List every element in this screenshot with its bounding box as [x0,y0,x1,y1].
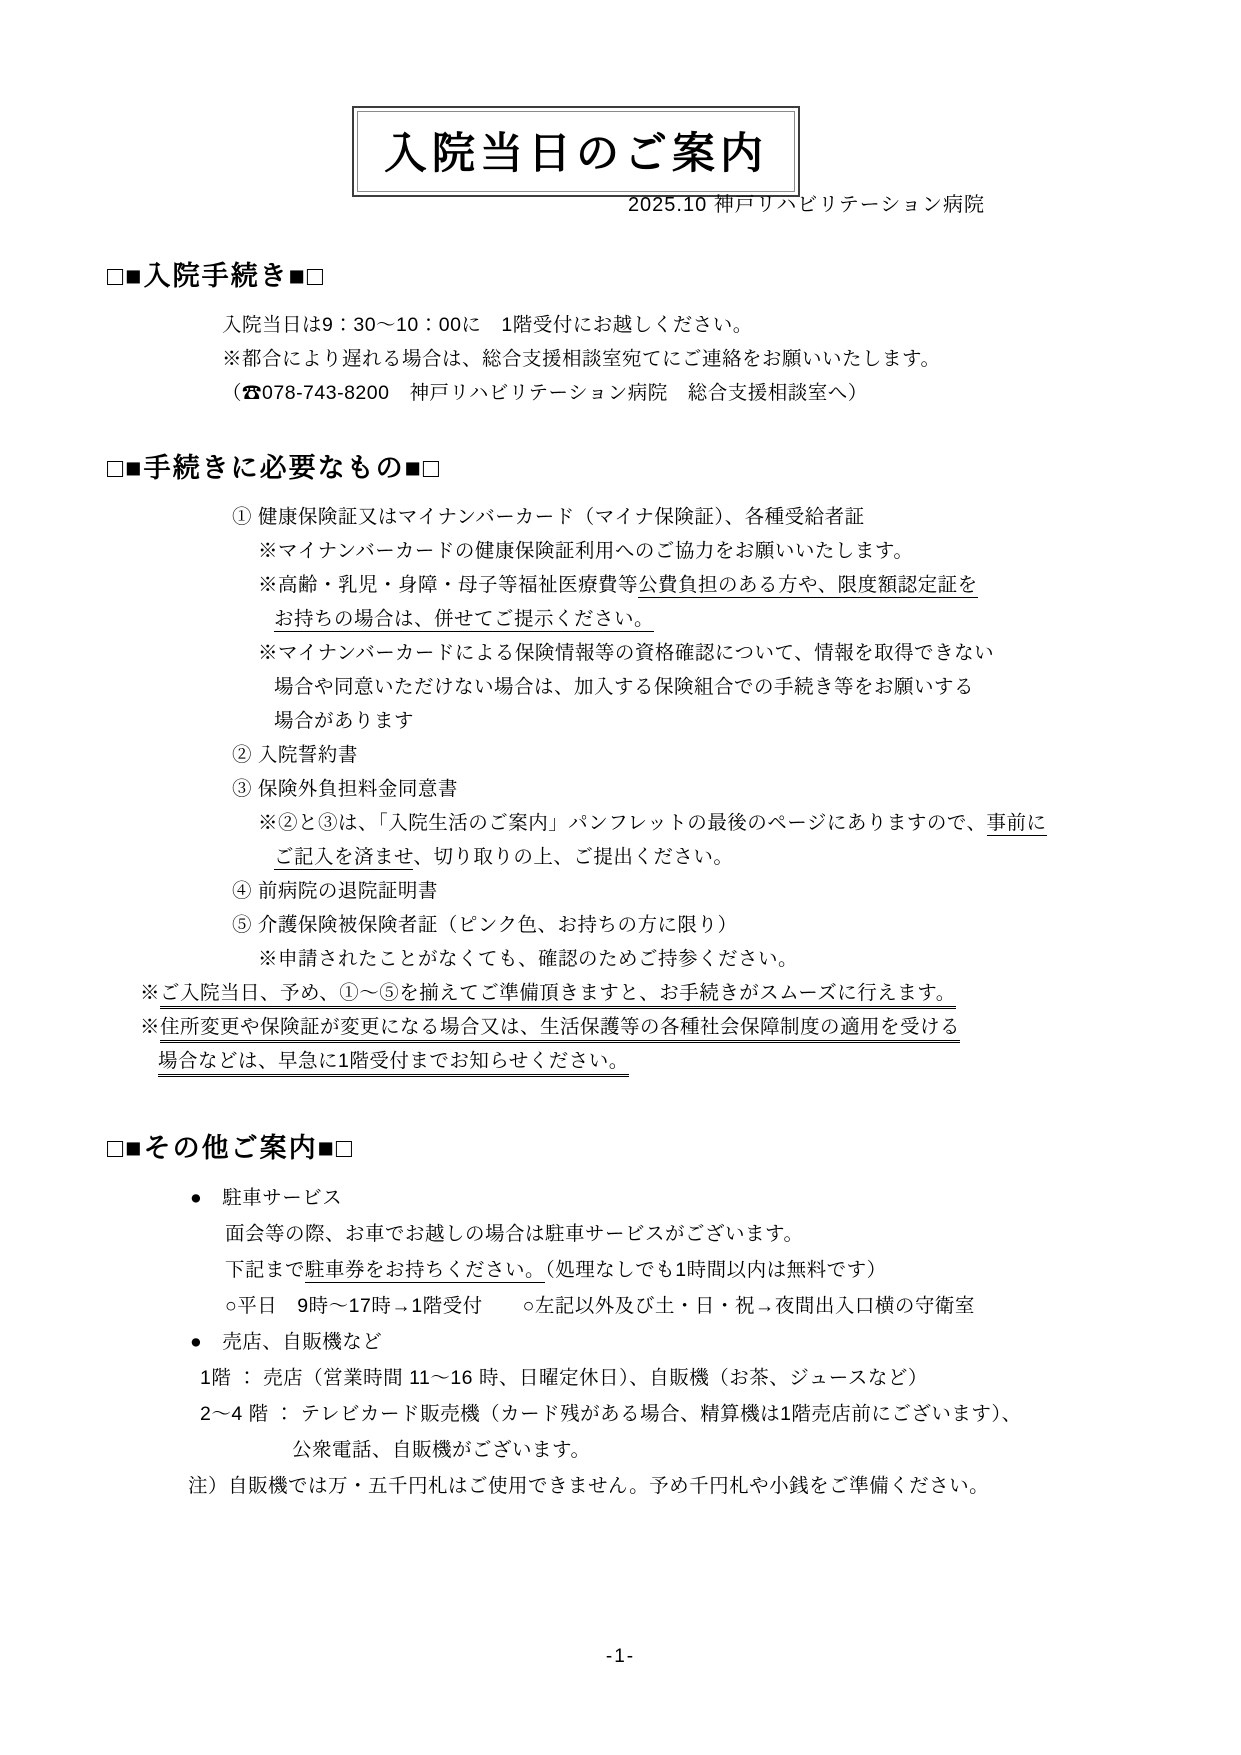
text-run: ③ 保険外負担料金同意書 [232,778,458,800]
text-run: ご入院当日、予め、①～⑤を揃えてご準備頂きますと、お手続きがスムーズに行えます。 [160,982,956,1009]
line-floor2-4-tvcard: 2～4 階 ： テレビカード販売機（カード残がある場合、精算機は1階売店前にござ… [200,1396,1241,1432]
line-phone-contact: （☎078-743-8200 神戸リハビリテーション病院 総合支援相談室へ） [222,376,1241,410]
section-heading-admission-procedure: □■入院手続き■□ [107,258,1241,294]
text-run: 078-743-8200 神戸リハビリテーション病院 総合支援相談室へ） [262,382,868,404]
text-run: 公衆電話、自販機がございます。 [292,1439,590,1461]
phone-icon: ☎ [242,382,262,404]
text-run: 、切り取りの上、ご提出ください。 [413,846,733,868]
text-run: ※ [140,1016,160,1038]
text-run: 面会等の際、お車でお越しの場合は駐車サービスがございます。 [225,1223,803,1245]
text-run: 事前に [987,812,1047,836]
text-run: （ [222,382,242,404]
bullet-shop-vending: ● 売店、自販機など [190,1324,1241,1360]
note-mynumber-cooperation: ※マイナンバーカードの健康保険証利用へのご協力をお願いいたします。 [258,534,1241,568]
item-4-discharge-certificate: ④ 前病院の退院証明書 [232,874,1241,908]
date-and-hospital-name: 2025.10 神戸リハビリテーション病院 [628,188,985,217]
text-run: 場合などは、早急に1階受付までお知らせください。 [158,1050,629,1077]
line-floor2-4-phone: 公衆電話、自販機がございます。 [292,1432,1241,1468]
text-run: 住所変更や保険証が変更になる場合又は、生活保護等の各種社会保障制度の適用を受ける [160,1016,960,1043]
note-bring-for-confirmation: ※申請されたことがなくても、確認のためご持参ください。 [258,942,1241,976]
bullet-icon: ● [190,1187,202,1209]
bullet-parking-service: ● 駐車サービス [190,1180,1241,1216]
text-run: ⑤ 介護保険被保険者証（ピンク色、お持ちの方に限り） [232,914,738,936]
text-run: ○平日 9時～17時→1階受付 ○左記以外及び土・日・祝→夜間出入口横の守衛室 [225,1295,975,1317]
text-run: ご記入を済ませ [274,846,413,870]
text-run: 駐車サービス [202,1187,342,1209]
note-public-expense-2: お持ちの場合は、併せてご提示ください。 [274,602,1241,636]
title-box-inner: 入院当日のご案内 [357,111,795,192]
item-5-care-insurance-card: ⑤ 介護保険被保険者証（ピンク色、お持ちの方に限り） [232,908,1241,942]
note-address-change-1: ※住所変更や保険証が変更になる場合又は、生活保護等の各種社会保障制度の適用を受け… [140,1010,1241,1044]
text-run: ※マイナンバーカードによる保険情報等の資格確認について、情報を取得できない [258,642,994,664]
note-pamphlet-forms-2: ご記入を済ませ、切り取りの上、ご提出ください。 [274,840,1241,874]
item-2-admission-pledge: ② 入院誓約書 [232,738,1241,772]
text-run: ※②と③は、「入院生活のご案内」パンフレットの最後のページにありますので、 [258,812,987,834]
note-qualification-check-2: 場合や同意いただけない場合は、加入する保険組合での手続き等をお願いする [274,670,1241,704]
text-run: （処理なしでも1時間以内は無料です） [545,1259,887,1281]
text-run: 場合があります [274,710,414,732]
line-parking-visit: 面会等の際、お車でお越しの場合は駐車サービスがございます。 [225,1216,1241,1252]
note-address-change-2: 場合などは、早急に1階受付までお知らせください。 [158,1044,1241,1078]
text-run: 場合や同意いただけない場合は、加入する保険組合での手続き等をお願いする [274,676,974,698]
text-run: 下記まで [225,1259,305,1281]
text-run: ④ 前病院の退院証明書 [232,880,438,902]
text-run: （カード残がある場合、精算機は1階売店前にございます）、 [480,1403,1022,1425]
document-body: □■入院手続き■□ 入院当日は9：30～10：00に 1階受付にお越しください。… [0,258,1241,1504]
note-qualification-check-3: 場合があります [274,704,1241,738]
item-3-noninsured-consent: ③ 保険外負担料金同意書 [232,772,1241,806]
line-parking-ticket: 下記まで駐車券をお持ちください。（処理なしでも1時間以内は無料です） [225,1252,1241,1288]
text-run: 売店、自販機など [202,1331,382,1353]
line-late-contact-note: ※都合により遅れる場合は、総合支援相談室宛てにご連絡をお願いいたします。 [222,342,1241,376]
text-run: 入院当日は9：30～10：00に 1階受付にお越しください。 [222,314,753,336]
note-prepare-items-smooth: ※ご入院当日、予め、①～⑤を揃えてご準備頂きますと、お手続きがスムーズに行えます… [140,976,1241,1010]
line-arrival-time: 入院当日は9：30～10：00に 1階受付にお越しください。 [222,308,1241,342]
bullet-icon: ● [190,1331,202,1353]
text-run: ※高齢・乳児・身障・母子等福祉医療費等 [258,574,638,596]
text-run: ① 健康保険証又はマイナンバーカード（マイナ保険証）、各種受給者証 [232,506,865,528]
note-qualification-check-1: ※マイナンバーカードによる保険情報等の資格確認について、情報を取得できない [258,636,1241,670]
text-run: 2～4 階 ： テレビカード [200,1403,420,1425]
item-1-insurance-card: ① 健康保険証又はマイナンバーカード（マイナ保険証）、各種受給者証 [232,500,1241,534]
section-heading-required-items: □■手続きに必要なもの■□ [107,450,1241,486]
line-floor1-shop: 1階 ： 売店（営業時間 11～16 時、日曜定休日）、自販機（お茶、ジュースな… [200,1360,1241,1396]
text-run: ※マイナンバーカードの健康保険証利用へのご協力をお願いいたします。 [258,540,913,562]
text-run: 注）自販機では万・五千円札はご使用できません。予め千円札や小銭をご準備ください。 [188,1475,989,1497]
text-run: ※申請されたことがなくても、確認のためご持参ください。 [258,948,798,970]
text-run: お持ちの場合は、併せてご提示ください。 [274,608,654,632]
title-box: 入院当日のご案内 [352,106,800,197]
section-heading-other-info: □■その他ご案内■□ [107,1130,1241,1166]
line-parking-hours: ○平日 9時～17時→1階受付 ○左記以外及び土・日・祝→夜間出入口横の守衛室 [225,1288,1241,1324]
text-run: 駐車券をお持ちください。 [305,1259,545,1283]
text-run: 販売機 [420,1403,480,1425]
page-number: -1- [0,1646,1241,1668]
text-run: ② 入院誓約書 [232,744,358,766]
text-run: ※都合により遅れる場合は、総合支援相談室宛てにご連絡をお願いいたします。 [222,348,940,370]
page-title: 入院当日のご案内 [384,130,768,178]
document-page: 入院当日のご案内 2025.10 神戸リハビリテーション病院 □■入院手続き■□… [0,0,1241,1755]
text-run: ※ [140,982,160,1004]
text-run: 公費負担のある方や、限度額認定証を [638,574,978,598]
text-run: 1階 ： 売店（営業時間 11～16 時、日曜定休日）、自販機（お茶、ジュースな… [200,1367,928,1389]
line-vending-bills-note: 注）自販機では万・五千円札はご使用できません。予め千円札や小銭をご準備ください。 [188,1468,1241,1504]
note-public-expense-1: ※高齢・乳児・身障・母子等福祉医療費等公費負担のある方や、限度額認定証を [258,568,1241,602]
note-pamphlet-forms-1: ※②と③は、「入院生活のご案内」パンフレットの最後のページにありますので、事前に [258,806,1241,840]
